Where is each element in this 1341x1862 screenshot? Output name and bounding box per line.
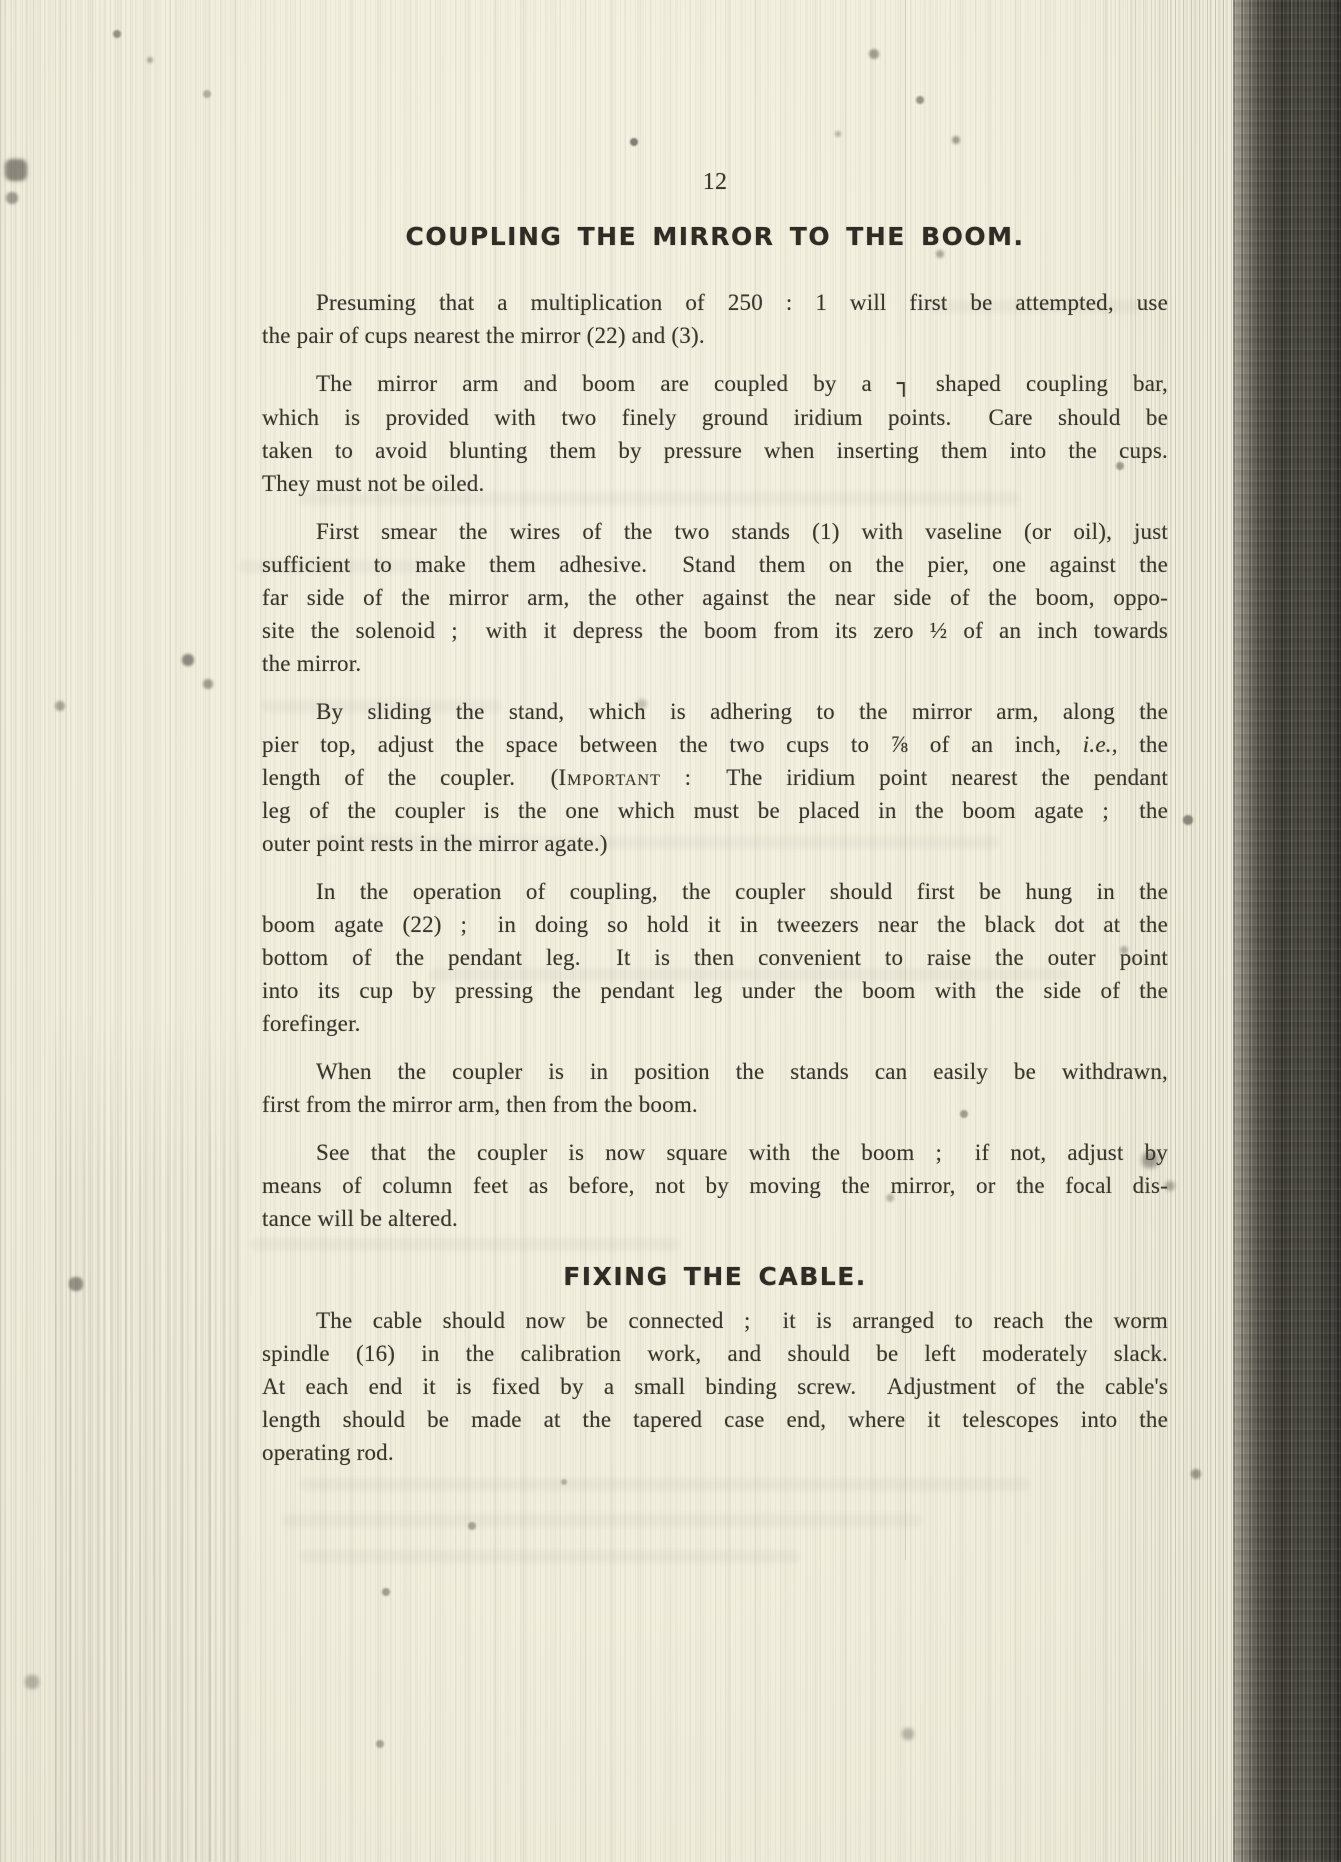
text-line: When the coupler is in position the stan… <box>262 1055 1168 1088</box>
paragraph: The mirror arm and boom are coupled by a… <box>262 367 1168 500</box>
text-run: The mirror arm and boom are coupled by a <box>316 371 897 396</box>
text-line: length of the coupler. (Important : The … <box>262 761 1168 794</box>
paragraph: By sliding the stand, which is adhering … <box>262 695 1168 860</box>
text-line: forefinger. <box>262 1007 1168 1040</box>
text-line: which is provided with two finely ground… <box>262 401 1168 434</box>
text-line: pier top, adjust the space between the t… <box>262 728 1168 761</box>
text-line: First smear the wires of the two stands … <box>262 515 1168 548</box>
paragraph: The cable should now be connected ; it i… <box>262 1304 1168 1469</box>
text-run: length of the coupler. ( <box>262 765 558 790</box>
paragraph: See that the coupler is now square with … <box>262 1136 1168 1235</box>
text-line: taken to avoid blunting them by pressure… <box>262 434 1168 467</box>
text-line: See that the coupler is now square with … <box>262 1136 1168 1169</box>
text-line: leg of the coupler is the one which must… <box>262 794 1168 827</box>
text-line: the pair of cups nearest the mirror (22)… <box>262 319 1168 352</box>
paragraph: When the coupler is in position the stan… <box>262 1055 1168 1121</box>
text-line: the mirror. <box>262 647 1168 680</box>
gutter-transition-streaks <box>1071 0 1256 1862</box>
page-text-block: 12 COUPLING THE MIRROR TO THE BOOM.Presu… <box>262 166 1168 1484</box>
smallcaps-word: Important <box>558 765 660 790</box>
text-line: operating rod. <box>262 1436 1168 1469</box>
paragraph: Presuming that a multiplication of 250 :… <box>262 286 1168 352</box>
text-line: boom agate (22) ; in doing so hold it in… <box>262 908 1168 941</box>
text-line: sufficient to make them adhesive. Stand … <box>262 548 1168 581</box>
text-line: Presuming that a multiplication of 250 :… <box>262 286 1168 319</box>
ink-speckles <box>0 0 4 4</box>
showthrough-smudge <box>282 1514 922 1527</box>
section-heading: FIXING THE CABLE. <box>262 1261 1168 1293</box>
section-heading: COUPLING THE MIRROR TO THE BOOM. <box>262 221 1168 253</box>
text-line: They must not be oiled. <box>262 467 1168 500</box>
text-line: far side of the mirror arm, the other ag… <box>262 581 1168 614</box>
text-line: The mirror arm and boom are coupled by a… <box>262 367 1168 401</box>
text-run: pier top, adjust the space between the t… <box>262 732 1083 757</box>
text-line: means of column feet as before, not by m… <box>262 1169 1168 1202</box>
text-line: tance will be altered. <box>262 1202 1168 1235</box>
coupler-shape-glyph: ┐ <box>897 371 911 397</box>
text-line: into its cup by pressing the pendant leg… <box>262 974 1168 1007</box>
text-line: The cable should now be connected ; it i… <box>262 1304 1168 1337</box>
showthrough-smudge <box>300 1550 800 1563</box>
text-line: By sliding the stand, which is adhering … <box>262 695 1168 728</box>
lower-left-streaks <box>55 1010 240 1862</box>
text-line: bottom of the pendant leg. It is then co… <box>262 941 1168 974</box>
paragraph: First smear the wires of the two stands … <box>262 515 1168 680</box>
text-line: site the solenoid ; with it depress the … <box>262 614 1168 647</box>
binding-gutter-shadow <box>1233 0 1341 1862</box>
page-number: 12 <box>262 166 1168 199</box>
paragraph: In the operation of coupling, the couple… <box>262 875 1168 1040</box>
text-line: At each end it is fixed by a small bindi… <box>262 1370 1168 1403</box>
scanned-page: 12 COUPLING THE MIRROR TO THE BOOM.Presu… <box>0 0 1341 1862</box>
text-line: spindle (16) in the calibration work, an… <box>262 1337 1168 1370</box>
text-line: first from the mirror arm, then from the… <box>262 1088 1168 1121</box>
text-line: length should be made at the tapered cas… <box>262 1403 1168 1436</box>
text-flow: COUPLING THE MIRROR TO THE BOOM.Presumin… <box>262 221 1168 1469</box>
text-line: outer point rests in the mirror agate.) <box>262 827 1168 860</box>
text-line: In the operation of coupling, the couple… <box>262 875 1168 908</box>
